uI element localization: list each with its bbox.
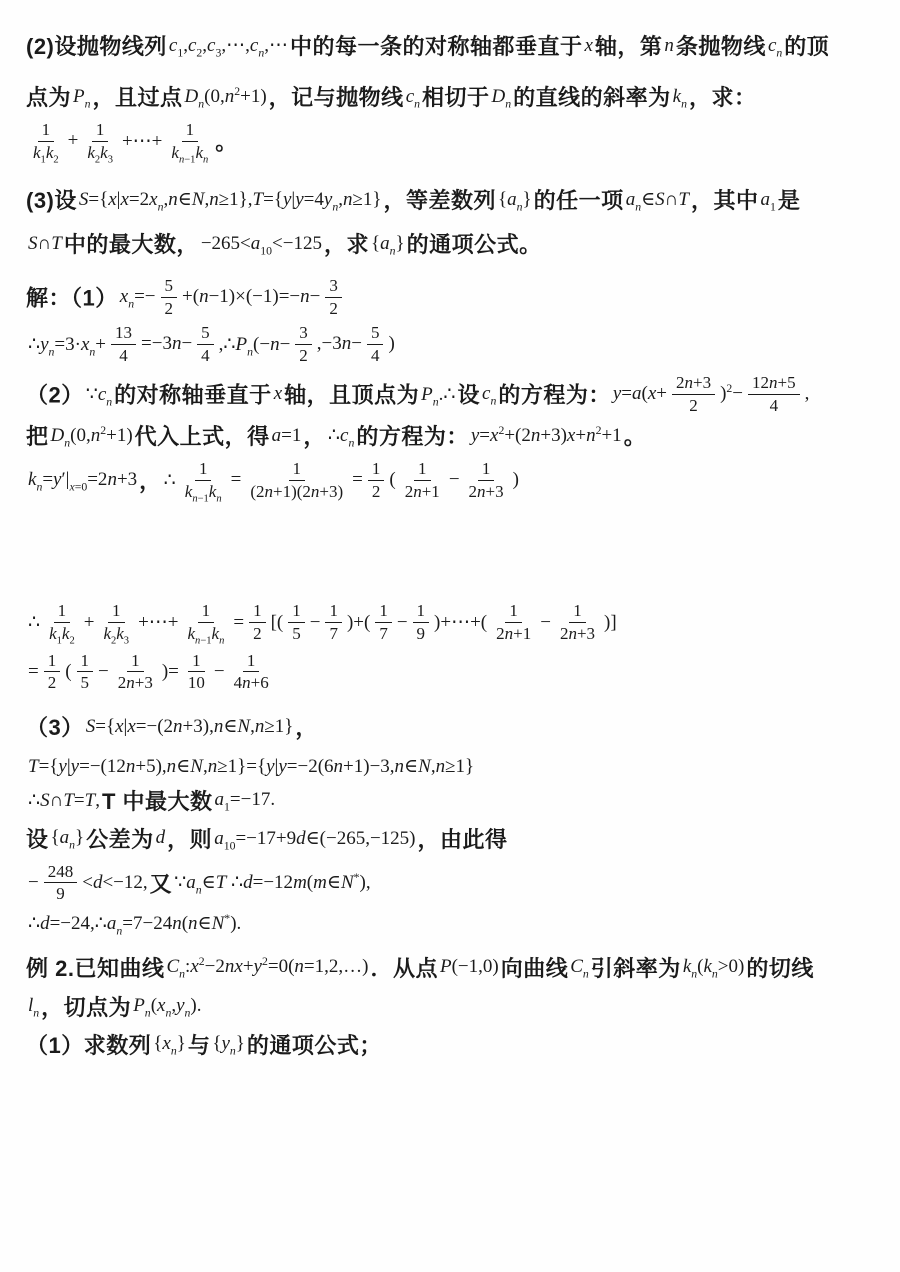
math-run: ) (513, 469, 519, 490)
cjk-text-run: 的任一项 (534, 188, 624, 213)
math-run: ∴S∩T=T, (28, 790, 100, 811)
subscript: n (203, 154, 208, 165)
fraction: 52 (161, 276, 178, 318)
cjk-text-run: 轴，且顶点为 (284, 383, 419, 408)
fraction: 12 (249, 601, 266, 643)
subscript: n (505, 97, 511, 110)
cjk-text-run: 的通项公式； (247, 1033, 382, 1058)
fraction-numerator: 248 (44, 862, 78, 884)
fraction: 1kn−1kn (184, 601, 229, 643)
math-solution-document: (2)设抛物线列c1,c2,c3,⋯,cn,⋯中的每一条的对称轴都垂直于x轴，第… (0, 0, 900, 1272)
text-line: 把Dn(0,n2+1)代入上式，得a=1，∴cn的方程为：y=x2+(2n+3)… (26, 420, 874, 451)
fraction: 134 (111, 323, 136, 365)
fraction: 12n+54 (748, 373, 800, 415)
fraction-denominator: 2 (685, 395, 702, 416)
subscript: n (219, 636, 224, 647)
cjk-text-run: ，等差数列 (384, 188, 497, 213)
fraction: 15 (77, 651, 94, 693)
fraction-denominator: k1k2 (29, 142, 63, 163)
subscript: n (517, 200, 523, 213)
superscript: 2 (234, 84, 240, 97)
math-run: Cn:x2−2nx+y2=0(n=1,2,…) (166, 956, 368, 977)
subscript: n (583, 968, 589, 981)
subscript: n (390, 244, 396, 257)
fraction-denominator: 2 (325, 298, 342, 319)
subscript: n (776, 46, 782, 59)
fraction-denominator: kn−1kn (184, 623, 229, 644)
cjk-text-run: ，记与抛物线 (269, 85, 404, 110)
text-line: S∩T中的最大数，−265<a10<−125，求{an}的通项公式。 (26, 228, 874, 259)
subscript: 2 (53, 154, 58, 165)
math-run: y=x2+(2n+3)x+n2+1 (471, 425, 622, 446)
math-run: [( (271, 612, 284, 633)
subscript: n (171, 1045, 177, 1058)
fraction-numerator: 5 (367, 323, 384, 345)
math-run: = (28, 661, 39, 682)
fraction: 12n+1 (492, 601, 535, 643)
superscript: 2 (262, 955, 268, 968)
math-run: {yn} (212, 1033, 245, 1054)
text-line: kn=y′|x=0=2n+3，∴1kn−1kn=1(2n+1)(2n+3)=12… (26, 459, 874, 501)
fraction-numerator: 1 (195, 459, 212, 481)
superscript: * (354, 871, 360, 884)
fraction-numerator: 5 (161, 276, 178, 298)
cjk-text-run: 代入上式，得 (135, 424, 270, 449)
subscript: n (128, 297, 134, 310)
subscript: n (85, 97, 91, 110)
text-line: （2）∵cn的对称轴垂直于x轴，且顶点为Pn.∴设cn的方程为：y=a(x+2n… (26, 373, 874, 415)
subscript: n (158, 200, 164, 213)
subscript: n (64, 436, 70, 449)
subscript: n (258, 46, 264, 59)
cjk-text-run: 中的最大数， (64, 232, 199, 257)
fraction: 12 (44, 651, 61, 693)
cjk-text-run: 公差为 (86, 827, 154, 852)
fraction-numerator: 1 (325, 601, 342, 623)
superscript: 2 (199, 955, 205, 968)
subscript: 3 (108, 154, 113, 165)
fraction-denominator: (2n+1)(2n+3) (246, 481, 347, 502)
cjk-text-run: 是 (778, 188, 801, 213)
subscript: n (69, 838, 75, 851)
fraction-denominator: 2 (161, 298, 178, 319)
fraction: 1k2k3 (99, 601, 133, 643)
fraction-denominator: 7 (375, 623, 392, 644)
cjk-text-run: ，由此得 (418, 827, 508, 852)
math-run: ,∴Pn(−n− (219, 334, 291, 355)
math-run: {an} (371, 233, 405, 254)
subscript: n (106, 395, 112, 408)
text-line: （3）S={x|x=−(2n+3),n∈N,n≥1}， (26, 711, 874, 742)
fraction: 54 (367, 323, 384, 365)
math-run: a1=−17. (215, 789, 276, 810)
fraction-numerator: 12n+5 (748, 373, 800, 395)
subscript: n (33, 1007, 39, 1020)
fraction-numerator: 2n+3 (672, 373, 715, 395)
math-run: T={y|y=−(12n+5),n∈N,n≥1}={y|y=−2(6n+1)−3… (28, 756, 474, 777)
fraction: 14n+6 (230, 651, 273, 693)
text-line: 例 2.已知曲线Cn:x2−2nx+y2=0(n=1,2,…)．从点P(−1,0… (26, 952, 874, 983)
cjk-text-run: （3） (26, 715, 84, 740)
subscript: n (490, 395, 496, 408)
math-run: n (664, 35, 674, 56)
text-line: 设{an}公差为d，则a10=−17+9d∈(−265,−125)，由此得 (26, 823, 874, 854)
superscript: 2 (596, 424, 602, 437)
math-run: − (540, 612, 551, 633)
text-line: ∴S∩T=T,T 中最大数a1=−17. (26, 785, 874, 816)
text-line: 解：（1）xn=−52+(n−1)×(−1)=−n−32 (26, 276, 874, 318)
fraction-numerator: 1 (198, 601, 215, 623)
fraction-numerator: 1 (127, 651, 144, 673)
fraction-numerator: 3 (325, 276, 342, 298)
math-run: an∈S∩T (626, 189, 689, 210)
subscript: 1 (770, 200, 776, 213)
cjk-text-run: 轴，第 (595, 34, 663, 59)
fraction-denominator: 2n+3 (465, 481, 508, 502)
math-run: Dn(0,n2+1) (185, 86, 267, 107)
fraction-denominator: 2 (368, 481, 385, 502)
text-line: −2489<d<−12,又∵an∈T ∴d=−12m(m∈N*), (26, 862, 874, 904)
cjk-text-run: 。 (215, 130, 238, 155)
math-run: Pn (73, 86, 91, 107)
cjk-text-run: 的对称轴垂直于 (114, 383, 272, 408)
fraction: 17 (375, 601, 392, 643)
subscript: n (414, 97, 420, 110)
fraction-numerator: 1 (413, 601, 430, 623)
math-run: − (397, 612, 408, 633)
fraction: 1k2k3 (83, 120, 117, 162)
subscript: n (198, 97, 204, 110)
math-run: )= (162, 661, 179, 682)
fraction: 12 (368, 459, 385, 501)
math-run: )2− (720, 383, 743, 404)
math-run: kn (673, 86, 687, 107)
fraction: 12n+3 (556, 601, 599, 643)
math-run: S={x|x=2xn,n∈N,n≥1},T={y|y=4yn,n≥1} (79, 189, 382, 210)
math-run: kn=y′|x=0=2n+3 (28, 469, 137, 490)
math-run: =−3n− (141, 333, 192, 354)
cjk-text-run: 把 (26, 424, 49, 449)
fraction: 12n+3 (114, 651, 157, 693)
fraction-numerator: 1 (188, 651, 205, 673)
fraction-denominator: 5 (77, 672, 94, 693)
cjk-text-run: ，切点为 (41, 995, 131, 1020)
fraction-numerator: 1 (288, 601, 305, 623)
text-line: T={y|y=−(12n+5),n∈N,n≥1}={y|y=−2(6n+1)−3… (26, 755, 874, 778)
text-line: ∴yn=3·xn+134=−3n−54,∴Pn(−n−32,−3n−54) (26, 323, 874, 365)
fraction-denominator: 2n+1 (401, 481, 444, 502)
subscript: n (165, 1007, 171, 1020)
subscript: 3 (124, 636, 129, 647)
fraction-denominator: kn−1kn (167, 142, 212, 163)
fraction-denominator: kn−1kn (181, 481, 226, 502)
math-run: ∵cn (86, 384, 112, 405)
fraction-numerator: 1 (414, 459, 431, 481)
math-run: ∴ (164, 470, 176, 491)
cjk-text-run: (3)设 (26, 188, 77, 213)
fraction: 12n+3 (465, 459, 508, 501)
math-run: ∴d=−24,∴an=7−24n(n∈N*). (28, 913, 241, 934)
fraction-denominator: k1k2 (45, 623, 79, 644)
cjk-text-run: ，且过点 (93, 85, 183, 110)
cjk-text-run: ，其中 (691, 188, 759, 213)
subscript: 3 (215, 46, 221, 59)
subscript: 2 (196, 46, 202, 59)
math-run: +⋯+ (138, 612, 178, 633)
cjk-text-run: ，则 (167, 827, 212, 852)
fraction: 19 (413, 601, 430, 643)
math-run: Pn(xn,yn). (133, 995, 201, 1016)
subscript: n (712, 968, 718, 981)
superscript: 2 (100, 424, 106, 437)
math-run: <d<−12, (82, 872, 147, 893)
superscript: * (224, 912, 230, 925)
fraction-numerator: 13 (111, 323, 136, 345)
math-run: {an} (51, 827, 85, 848)
fraction-denominator: 4 (115, 345, 132, 366)
cjk-text-run: T 中最大数 (102, 789, 213, 814)
math-run: {an} (498, 189, 532, 210)
cjk-text-run: 条抛物线 (676, 34, 766, 59)
fraction-numerator: 1 (38, 120, 55, 142)
text-line: 1k1k2+1k2k3+⋯+1kn−1kn。 (26, 120, 874, 162)
cjk-text-run: ．从点 (370, 956, 438, 981)
subscript: 10 (224, 839, 236, 852)
fraction-denominator: 2n+1 (492, 623, 535, 644)
fraction: 1kn−1kn (167, 120, 212, 162)
math-run: )+⋯+( (434, 612, 487, 633)
math-run: ) (388, 333, 394, 354)
text-line: 点为Pn，且过点Dn(0,n2+1)，记与抛物线cn相切于Dn的直线的斜率为kn… (26, 81, 874, 112)
fraction-denominator: 9 (413, 623, 430, 644)
fraction-numerator: 1 (375, 601, 392, 623)
cjk-text-run: 的切线 (746, 956, 814, 981)
text-line: =12(15−12n+3)=110−14n+6 (26, 651, 874, 693)
subscript: n (89, 345, 95, 358)
cjk-text-run: ，求 (324, 232, 369, 257)
math-run: = (233, 612, 244, 633)
fraction-numerator: 1 (243, 651, 260, 673)
fraction-numerator: 1 (569, 601, 586, 623)
math-run: −265<a10<−125 (201, 233, 322, 254)
math-run: ∵an∈T ∴d=−12m(m∈N*), (174, 872, 370, 893)
fraction-denominator: 9 (52, 883, 69, 904)
subscript: n (145, 1007, 151, 1020)
math-run: cn (768, 35, 782, 56)
subscript: n (49, 345, 55, 358)
math-run: − (310, 612, 321, 633)
subscript: n (196, 884, 202, 897)
subscript: n (185, 1007, 191, 1020)
subscript: 2 (69, 636, 74, 647)
cjk-text-run: 例 2.已知曲线 (26, 956, 164, 981)
fraction: 2n+32 (672, 373, 715, 415)
math-run: ln (28, 995, 39, 1016)
fraction-denominator: 2 (295, 345, 312, 366)
fraction-numerator: 1 (505, 601, 522, 623)
fraction-denominator: 7 (325, 623, 342, 644)
cjk-text-run: 相切于 (422, 85, 490, 110)
math-run: S∩T (28, 233, 62, 254)
subscript: n−1 (179, 154, 195, 165)
math-run: , (805, 383, 810, 404)
subscript: 10 (260, 244, 272, 257)
math-run: P(−1,0) (440, 956, 499, 977)
fraction: 1(2n+1)(2n+3) (246, 459, 347, 501)
fraction-numerator: 1 (108, 601, 125, 623)
math-run: x (584, 35, 592, 56)
math-run: cn (406, 86, 420, 107)
math-run: − (214, 661, 225, 682)
superscript: 2 (498, 424, 504, 437)
fraction-denominator: 5 (288, 623, 305, 644)
fraction-numerator: 3 (295, 323, 312, 345)
subscript: n (433, 395, 439, 408)
fraction: 32 (295, 323, 312, 365)
math-run: {xn} (153, 1033, 186, 1054)
fraction-denominator: k2k3 (83, 142, 117, 163)
math-run: a=1 (272, 425, 302, 446)
fraction: 1k1k2 (29, 120, 63, 162)
cjk-text-run: ， (139, 469, 162, 494)
fraction-denominator: 4n+6 (230, 672, 273, 693)
math-run: cn (482, 383, 496, 404)
subscript: n (36, 481, 42, 494)
math-run: y=a(x+ (613, 383, 667, 404)
math-run: Dn(0,n2+1) (51, 425, 133, 446)
fraction: 1kn−1kn (181, 459, 226, 501)
cjk-text-run: （2） (26, 383, 84, 408)
text-line: (3)设S={x|x=2xn,n∈N,n≥1},T={y|y=4yn,n≥1}，… (26, 184, 874, 215)
fraction-numerator: 1 (182, 120, 199, 142)
subscript: n (230, 1045, 236, 1058)
subscript: n (681, 97, 687, 110)
cjk-text-run: 的通项公式。 (407, 232, 542, 257)
fraction-denominator: 4 (197, 345, 214, 366)
fraction-numerator: 5 (197, 323, 214, 345)
subscript: 1 (177, 46, 183, 59)
cjk-text-run: 解：（1） (26, 286, 118, 311)
fraction-denominator: 4 (367, 345, 384, 366)
math-run: = (231, 469, 242, 490)
cjk-text-run: （1）求数列 (26, 1033, 151, 1058)
fraction-numerator: 1 (54, 601, 71, 623)
cjk-text-run: 的方程为： (498, 383, 611, 408)
fraction-denominator: k2k3 (99, 623, 133, 644)
math-run: xn=− (120, 286, 156, 307)
fraction-numerator: 1 (289, 459, 306, 481)
subscript: x=0 (69, 481, 87, 494)
math-run: − (28, 872, 39, 893)
fraction: 32 (325, 276, 342, 318)
math-run: d (156, 827, 166, 848)
cjk-text-run: 中的每一条的对称轴都垂直于 (290, 34, 583, 59)
subscript: n (116, 924, 122, 937)
subscript: n (635, 200, 641, 213)
subscript: n−1 (195, 636, 211, 647)
math-run: + (68, 130, 79, 151)
math-run: ∴cn (328, 425, 354, 446)
cjk-text-run: 又 (150, 871, 173, 896)
math-run: − (449, 469, 460, 490)
text-line: ln，切点为Pn(xn,yn). (26, 991, 874, 1022)
fraction: 2489 (44, 862, 78, 904)
fraction-numerator: 1 (478, 459, 495, 481)
fraction-denominator: 10 (184, 672, 209, 693)
text-line: ∴1k1k2+1k2k3+⋯+1kn−1kn=12[(15−17)+(17−19… (26, 601, 874, 643)
subscript: n (247, 345, 253, 358)
subscript: n (216, 494, 221, 505)
math-run: ∴yn=3·xn+ (28, 334, 106, 355)
fraction: 1k1k2 (45, 601, 79, 643)
cjk-text-run: 向曲线 (501, 956, 569, 981)
math-run: ( (389, 469, 395, 490)
math-run: +(n−1)×(−1)=−n− (182, 286, 320, 307)
subscript: 1 (224, 800, 230, 813)
fraction-denominator: 4 (766, 395, 783, 416)
math-run: Pn.∴ (421, 384, 455, 405)
math-run: a10=−17+9d∈(−265,−125) (214, 828, 415, 849)
subscript: n (332, 200, 338, 213)
cjk-text-run: 的直线的斜率为 (513, 85, 671, 110)
text-line: (2)设抛物线列c1,c2,c3,⋯,cn,⋯中的每一条的对称轴都垂直于x轴，第… (26, 30, 874, 61)
text-line: ∴d=−24,∴an=7−24n(n∈N*). (26, 912, 874, 935)
math-run: ( (65, 661, 71, 682)
cjk-text-run: 的顶 (784, 34, 829, 59)
math-run: c1,c2,c3,⋯,cn,⋯ (169, 35, 288, 56)
cjk-text-run: (2)设抛物线列 (26, 34, 167, 59)
math-run: x (274, 383, 282, 404)
math-run: ∴ (28, 612, 40, 633)
math-run: +⋯+ (122, 131, 162, 152)
subscript: n (179, 968, 185, 981)
fraction: 17 (325, 601, 342, 643)
fraction: 54 (197, 323, 214, 365)
subscript: n (348, 437, 354, 450)
cjk-text-run: ， (295, 715, 318, 740)
math-run: Cn (570, 956, 589, 977)
fraction-numerator: 1 (44, 651, 61, 673)
cjk-text-run: ，求： (689, 85, 757, 110)
math-run: ,−3n− (317, 333, 362, 354)
math-run: − (98, 661, 109, 682)
superscript: 2 (726, 382, 732, 395)
subscript: n (691, 968, 697, 981)
fraction-denominator: 2 (44, 672, 61, 693)
subscript: n−1 (192, 494, 208, 505)
cjk-text-run: 与 (188, 1033, 211, 1058)
math-run: + (84, 612, 95, 633)
math-run: )] (604, 612, 617, 633)
text-line: （1）求数列{xn}与{yn}的通项公式； (26, 1029, 874, 1060)
math-run: S={x|x=−(2n+3),n∈N,n≥1} (86, 716, 294, 737)
math-run: = (352, 469, 363, 490)
cjk-text-run: ， (303, 424, 326, 449)
fraction: 110 (184, 651, 209, 693)
cjk-text-run: 的方程为： (356, 424, 469, 449)
fraction-numerator: 1 (92, 120, 109, 142)
fraction: 15 (288, 601, 305, 643)
cjk-text-run: 引斜率为 (591, 956, 681, 981)
fraction: 12n+1 (401, 459, 444, 501)
cjk-text-run: 点为 (26, 85, 71, 110)
fraction-numerator: 1 (77, 651, 94, 673)
cjk-text-run: 设 (26, 827, 49, 852)
math-run: a1 (760, 189, 775, 210)
fraction-numerator: 1 (368, 459, 385, 481)
fraction-numerator: 1 (249, 601, 266, 623)
fraction-denominator: 2n+3 (114, 672, 157, 693)
